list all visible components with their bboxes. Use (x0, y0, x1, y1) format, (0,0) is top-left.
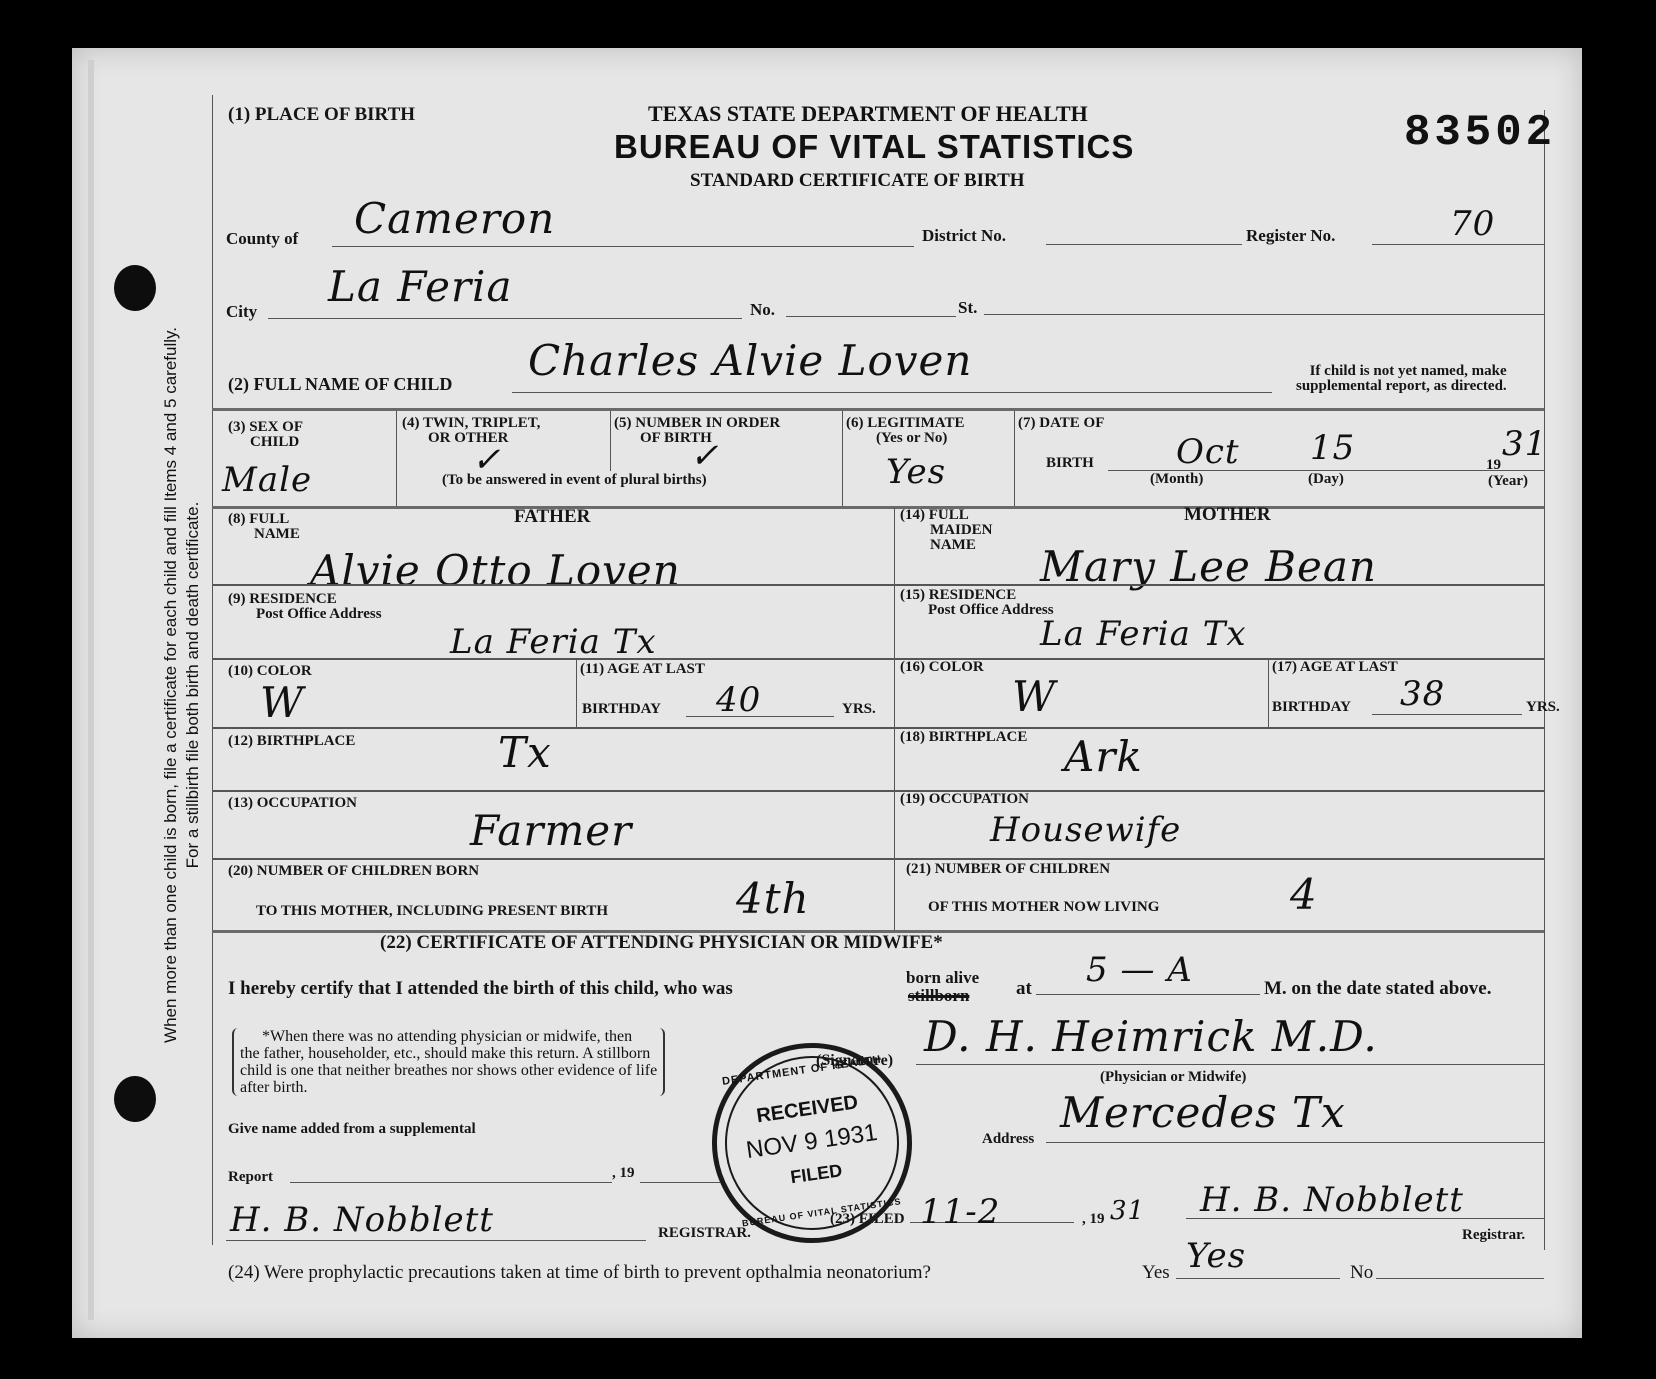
plural-births-note: (To be answered in event of plural birth… (442, 473, 707, 488)
prophylactic-question: (24) Were prophylactic precautions taken… (228, 1262, 931, 1284)
street-label: St. (958, 298, 977, 318)
physician-signature-value[interactable]: D. H. Heimrick M.D. (924, 1012, 1378, 1061)
children-born-label: (20) NUMBER OF CHILDREN BORN (228, 864, 479, 879)
dob-year-prefix: 19 (1486, 458, 1501, 473)
street-number-label: No. (750, 300, 775, 320)
signature-caption: (Physician or Midwife) (1100, 1070, 1246, 1085)
divider-parents-section (212, 506, 1544, 509)
register-line (1372, 244, 1544, 245)
father-name-label: (8) FULL NAME (228, 512, 300, 542)
m-on-date-text: M. on the date stated above. (1264, 978, 1491, 1000)
father-age-unit: YRS. (842, 702, 876, 717)
divider-sex-twin (396, 411, 397, 506)
district-label: District No. (922, 226, 1006, 246)
frame-right-line (1544, 110, 1545, 1250)
time-value[interactable]: 5 — A (1086, 950, 1193, 990)
mother-birthplace-value[interactable]: Ark (1064, 732, 1143, 781)
prophylactic-yes-line (1176, 1278, 1340, 1279)
local-registrar-line (226, 1240, 646, 1241)
header-department: TEXAS STATE DEPARTMENT OF HEALTH (648, 101, 1088, 127)
binder-hole-bottom (114, 1076, 156, 1122)
mother-name-label: (14) FULL MAIDEN NAME (900, 508, 993, 553)
mother-age-unit: YRS. (1526, 700, 1560, 715)
father-heading: FATHER (514, 506, 590, 528)
mother-color-label: (16) COLOR (900, 660, 984, 675)
father-name-value[interactable]: Alvie Otto Loven (310, 546, 681, 595)
father-color-value[interactable]: W (260, 678, 304, 727)
dob-label: (7) DATE OF (1018, 416, 1104, 431)
dob-day-value[interactable]: 15 (1310, 428, 1355, 468)
children-born-label-2: TO THIS MOTHER, INCLUDING PRESENT BIRTH (256, 904, 608, 919)
divider-order-legit (842, 411, 843, 506)
place-of-birth-label: (1) PLACE OF BIRTH (228, 104, 415, 126)
father-birthplace-value[interactable]: Tx (498, 728, 552, 777)
local-registrar-signature[interactable]: H. B. Nobblett (230, 1200, 494, 1240)
divider-mother-color-age (1268, 660, 1269, 728)
father-residence-label: (9) RESIDENCE Post Office Address (228, 592, 382, 622)
divider-occupation (212, 790, 1544, 792)
mother-heading: MOTHER (1184, 504, 1271, 526)
children-born-value[interactable]: 4th (736, 874, 810, 923)
signature-line (916, 1064, 1544, 1065)
order-value[interactable]: ✓ (690, 436, 720, 476)
father-age-value[interactable]: 40 (716, 680, 761, 720)
divider-father-color-age (576, 660, 577, 728)
mother-occupation-label: (19) OCCUPATION (900, 792, 1029, 807)
mother-age-label: (17) AGE AT LAST (1272, 660, 1398, 675)
divider-father-mother (894, 508, 895, 932)
address-label: Address (982, 1132, 1034, 1147)
divider-child-section (212, 408, 1544, 411)
mother-residence-value[interactable]: La Feria Tx (1040, 614, 1247, 654)
filed-registrar-caption: Registrar. (1462, 1228, 1525, 1243)
county-line (332, 246, 914, 247)
father-birthplace-label: (12) BIRTHPLACE (228, 734, 355, 749)
register-value[interactable]: 70 (1450, 204, 1495, 244)
father-age-label: (11) AGE AT LAST (580, 662, 705, 677)
mother-color-value[interactable]: W (1012, 672, 1056, 721)
month-caption: (Month) (1150, 472, 1203, 487)
filed-registrar-signature[interactable]: H. B. Nobblett (1200, 1180, 1464, 1220)
child-name-line (512, 392, 1272, 393)
header-certificate-type: STANDARD CERTIFICATE OF BIRTH (690, 170, 1025, 192)
children-living-value[interactable]: 4 (1290, 870, 1318, 919)
street-line (984, 314, 1544, 315)
divider-residence (212, 584, 1544, 586)
certificate-number: 83502 (1404, 108, 1556, 158)
year-caption: (Year) (1488, 474, 1528, 489)
children-living-label-2: OF THIS MOTHER NOW LIVING (928, 900, 1159, 915)
father-residence-value[interactable]: La Feria Tx (450, 622, 657, 662)
divider-children (212, 858, 1544, 860)
prophylactic-yes-label: Yes (1142, 1262, 1170, 1284)
supplemental-label: Give name added from a supplemental (228, 1122, 476, 1137)
city-line (268, 318, 742, 319)
prophylactic-no-label: No (1350, 1262, 1373, 1284)
side-instructions: When more than one child is born, file a… (160, 235, 204, 1135)
report-year-line (640, 1182, 720, 1183)
city-value[interactable]: La Feria (328, 262, 513, 311)
mother-occupation-value[interactable]: Housewife (990, 810, 1181, 850)
county-label: County of (226, 229, 298, 249)
address-line (1046, 1142, 1544, 1143)
no-physician-note: *When there was no attending physician o… (232, 1028, 665, 1096)
prophylactic-no-line (1376, 1278, 1544, 1279)
dob-month-value[interactable]: Oct (1176, 432, 1240, 472)
mother-birthplace-label: (18) BIRTHPLACE (900, 730, 1027, 745)
divider-birthplace (212, 727, 1544, 729)
mother-age-line (1372, 714, 1522, 715)
child-name-label: (2) FULL NAME OF CHILD (228, 374, 452, 395)
born-alive-option: born alive (906, 970, 979, 985)
district-line (1046, 244, 1242, 245)
mother-birthday-label: BIRTHDAY (1272, 700, 1351, 715)
county-value[interactable]: Cameron (354, 194, 555, 243)
header-bureau: BUREAU OF VITAL STATISTICS (614, 128, 1134, 166)
at-label: at (1016, 978, 1032, 1000)
physician-address-value[interactable]: Mercedes Tx (1060, 1088, 1346, 1137)
day-caption: (Day) (1308, 472, 1344, 487)
dob-birth-label: BIRTH (1046, 456, 1094, 471)
frame-left-line (212, 95, 213, 1245)
mother-residence-label: (15) RESIDENCE Post Office Address (900, 588, 1054, 618)
sex-value[interactable]: Male (222, 460, 312, 500)
report-label: Report (228, 1170, 273, 1185)
report-year-prefix: , 19 (612, 1166, 635, 1181)
dob-year-value[interactable]: 31 (1502, 424, 1547, 464)
child-name-value[interactable]: Charles Alvie Loven (528, 336, 972, 385)
register-label: Register No. (1246, 226, 1335, 246)
time-line (1036, 994, 1260, 995)
filed-year-value[interactable]: 31 (1110, 1196, 1145, 1226)
report-line (290, 1182, 612, 1183)
stillborn-option: stillborn (908, 988, 969, 1003)
father-occupation-label: (13) OCCUPATION (228, 796, 357, 811)
father-color-label: (10) COLOR (228, 664, 312, 679)
sex-label: (3) SEX OF CHILD (228, 420, 303, 450)
father-occupation-value[interactable]: Farmer (470, 806, 632, 855)
certify-text: I hereby certify that I attended the bir… (228, 978, 733, 1000)
divider-twin-order (610, 411, 611, 471)
prophylactic-yes-value[interactable]: Yes (1186, 1236, 1246, 1276)
father-birthday-label: BIRTHDAY (582, 702, 661, 717)
filed-date-value[interactable]: 11-2 (920, 1192, 1000, 1232)
legitimate-label: (6) LEGITIMATE (Yes or No) (846, 416, 964, 446)
city-label: City (226, 302, 257, 322)
child-name-note: If child is not yet named, make suppleme… (1296, 364, 1507, 394)
street-number-line (786, 316, 956, 317)
legitimate-value[interactable]: Yes (886, 452, 946, 492)
paper-fold-edge (88, 60, 94, 1320)
physician-heading: (22) CERTIFICATE OF ATTENDING PHYSICIAN … (380, 932, 943, 954)
mother-age-value[interactable]: 38 (1400, 674, 1445, 714)
filed-year-prefix: , 19 (1082, 1212, 1105, 1227)
binder-hole-top (114, 265, 156, 311)
children-living-label: (21) NUMBER OF CHILDREN (906, 862, 1110, 877)
divider-legit-dob (1014, 411, 1015, 506)
